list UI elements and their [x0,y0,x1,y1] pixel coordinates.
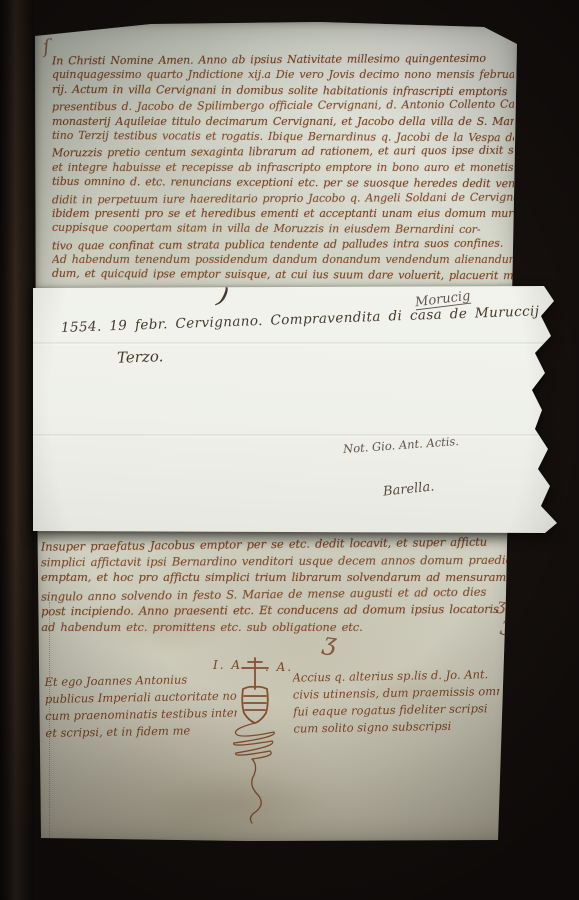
paper-crease [33,342,563,345]
manuscript-line: ad habendum etc. promittens etc. sub obl… [41,619,513,636]
paper-crease [33,434,563,437]
manuscript-upper-text: In Christi Nomine Amen. Anno ab ipsius N… [52,52,514,283]
slip-notary-line: Not. Gio. Ant. Actis. [343,434,460,456]
manuscript-line: In Christi Nomine Amen. Anno ab ipsius N… [52,52,514,69]
manuscript-line: et integre habuisse et recepisse ab infr… [52,160,514,175]
manuscript-photograph: ſ In Christi Nomine Amen. Anno ab ipsius… [0,0,579,900]
manuscript-line: presentibus d. Jacobo de Spilimbergo off… [52,97,514,115]
slip-date-line: 1554. 19 febr. Cervignano. Compravendita… [61,301,579,336]
slip-place-name: Terzo. [117,347,164,367]
manuscript-line: quinquagessimo quarto Jndictione xij.a D… [52,67,514,82]
manuscript-line: ibidem presenti pro se et heredibus emen… [52,206,514,221]
manuscript-line: Moruzzis pretio centum sexaginta libraru… [52,143,514,161]
manuscript-line: tivo quae confinat cum strata publica te… [52,235,514,253]
pen-flourish: ʒ [496,594,508,614]
archival-slip-wrapper: ) Morucig 1554. 19 febr. Cervignano. Com… [33,286,563,533]
margin-mark: ſ [42,36,51,59]
manuscript-line: monasterij Aquileiae titulo decimarum Ce… [52,114,514,129]
manuscript-line: dum, et quicquid ipse emptor suisque, at… [52,266,514,283]
archival-slip: ) Morucig 1554. 19 febr. Cervignano. Com… [33,286,563,533]
manuscript-lease-clause-text: Insuper praefatus Jacobus emptor per se … [41,535,514,637]
notarial-sign-icon [228,655,282,825]
book-gutter [0,0,34,900]
notarial-line-left: et scripsi, et in fidem me [45,722,237,742]
notarial-line-right: cum solito signo subscripsi [293,717,500,738]
slip-signature: Barella. [382,479,435,499]
pen-flourish: ʒ [321,627,338,657]
manuscript-line: didit in perpetuum iure haereditario pro… [52,189,514,207]
manuscript-line: simplici affictavit ipsi Bernardino vend… [41,551,513,570]
pen-flourish: ʒ [500,613,514,636]
